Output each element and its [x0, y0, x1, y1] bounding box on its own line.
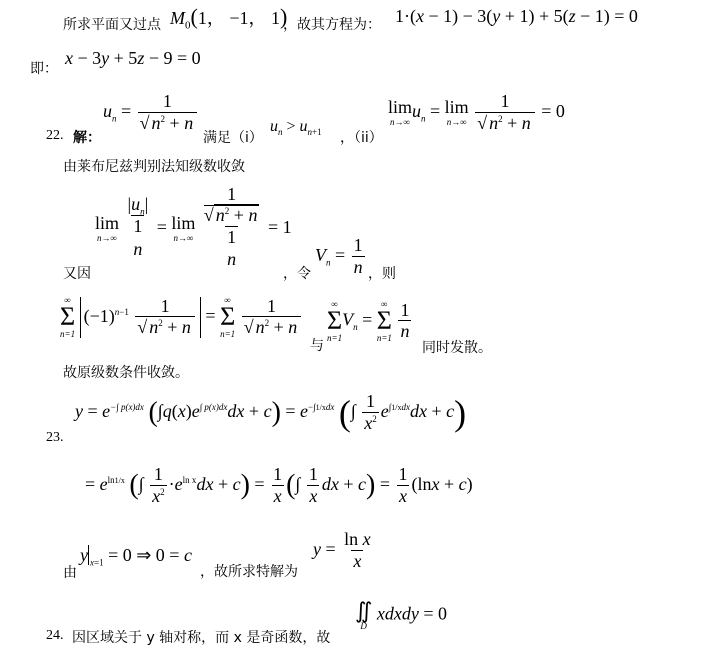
- youyin-text: 又因: [63, 263, 91, 283]
- problem24-text: 因区域关于 y 轴对称，而 x 是奇函数，故: [72, 627, 330, 647]
- ling-text: ，令: [283, 263, 311, 283]
- vn-definition: Vn = 1n: [315, 236, 367, 277]
- double-integral: ∬D xdxdy = 0: [355, 600, 447, 631]
- particular-solution-text: ，故所求特解为: [200, 561, 298, 581]
- particular-solution: y = ln xx: [313, 530, 375, 571]
- condition-i-label: 满足（i）: [203, 127, 263, 147]
- sum-comparison: ∞Σn=1 (−1)n−1 1 √n2 + n = ∞Σn=1 1 √n2 + …: [60, 296, 303, 339]
- problem23-number: 23.: [46, 430, 64, 446]
- un-definition: un = 1 √n2 + n: [103, 92, 199, 133]
- conditional-convergence: 故原级数条件收敛。: [63, 362, 189, 382]
- tongshi-text: 同时发散。: [422, 337, 492, 357]
- you-text: 由: [63, 562, 77, 582]
- line1-prefix: 所求平面又过点: [63, 14, 161, 34]
- general-solution-formula: y = e−∫ p(x)dx (∫q(x)e∫ p(x)dxdx + c) = …: [75, 392, 466, 434]
- problem24-number: 24.: [46, 628, 64, 644]
- yu-text: 与: [310, 335, 324, 355]
- plane-equation: 1·(x − 1) − 3(y + 1) + 5(z − 1) = 0: [395, 6, 638, 27]
- leibniz-conclusion: 由莱布尼兹判别法知级数收敛: [63, 156, 245, 176]
- problem22-label: 解：: [73, 127, 101, 147]
- initial-condition: yx=1 = 0 ⇒ 0 = c: [80, 545, 192, 566]
- solution-simplification: = eln1/x (∫ 1x2·eln xdx + c) = 1x(∫ 1xdx…: [85, 465, 473, 506]
- problem22-number: 22.: [46, 128, 64, 144]
- line2-label: 即：: [30, 58, 58, 78]
- ze-text: ，则: [368, 263, 396, 283]
- ratio-limit: limn→∞ |un| 1 n = limn→∞ 1 √n2 + n 1 n =…: [95, 185, 292, 272]
- condition-ii-label: ，（ii）: [340, 127, 383, 147]
- limit-zero: limn→∞un = limn→∞ 1 √n2 + n = 0: [388, 92, 565, 133]
- monotone-condition: un > un+1: [270, 118, 322, 136]
- simplified-equation: x − 3y + 5z − 9 = 0: [65, 48, 201, 69]
- line1-mid: ，故其方程为：: [283, 14, 381, 34]
- sum-vn: ∞Σn=1Vn = ∞Σn=1 1n: [327, 300, 413, 343]
- point-m0: M0(1， −1， 1): [170, 4, 287, 30]
